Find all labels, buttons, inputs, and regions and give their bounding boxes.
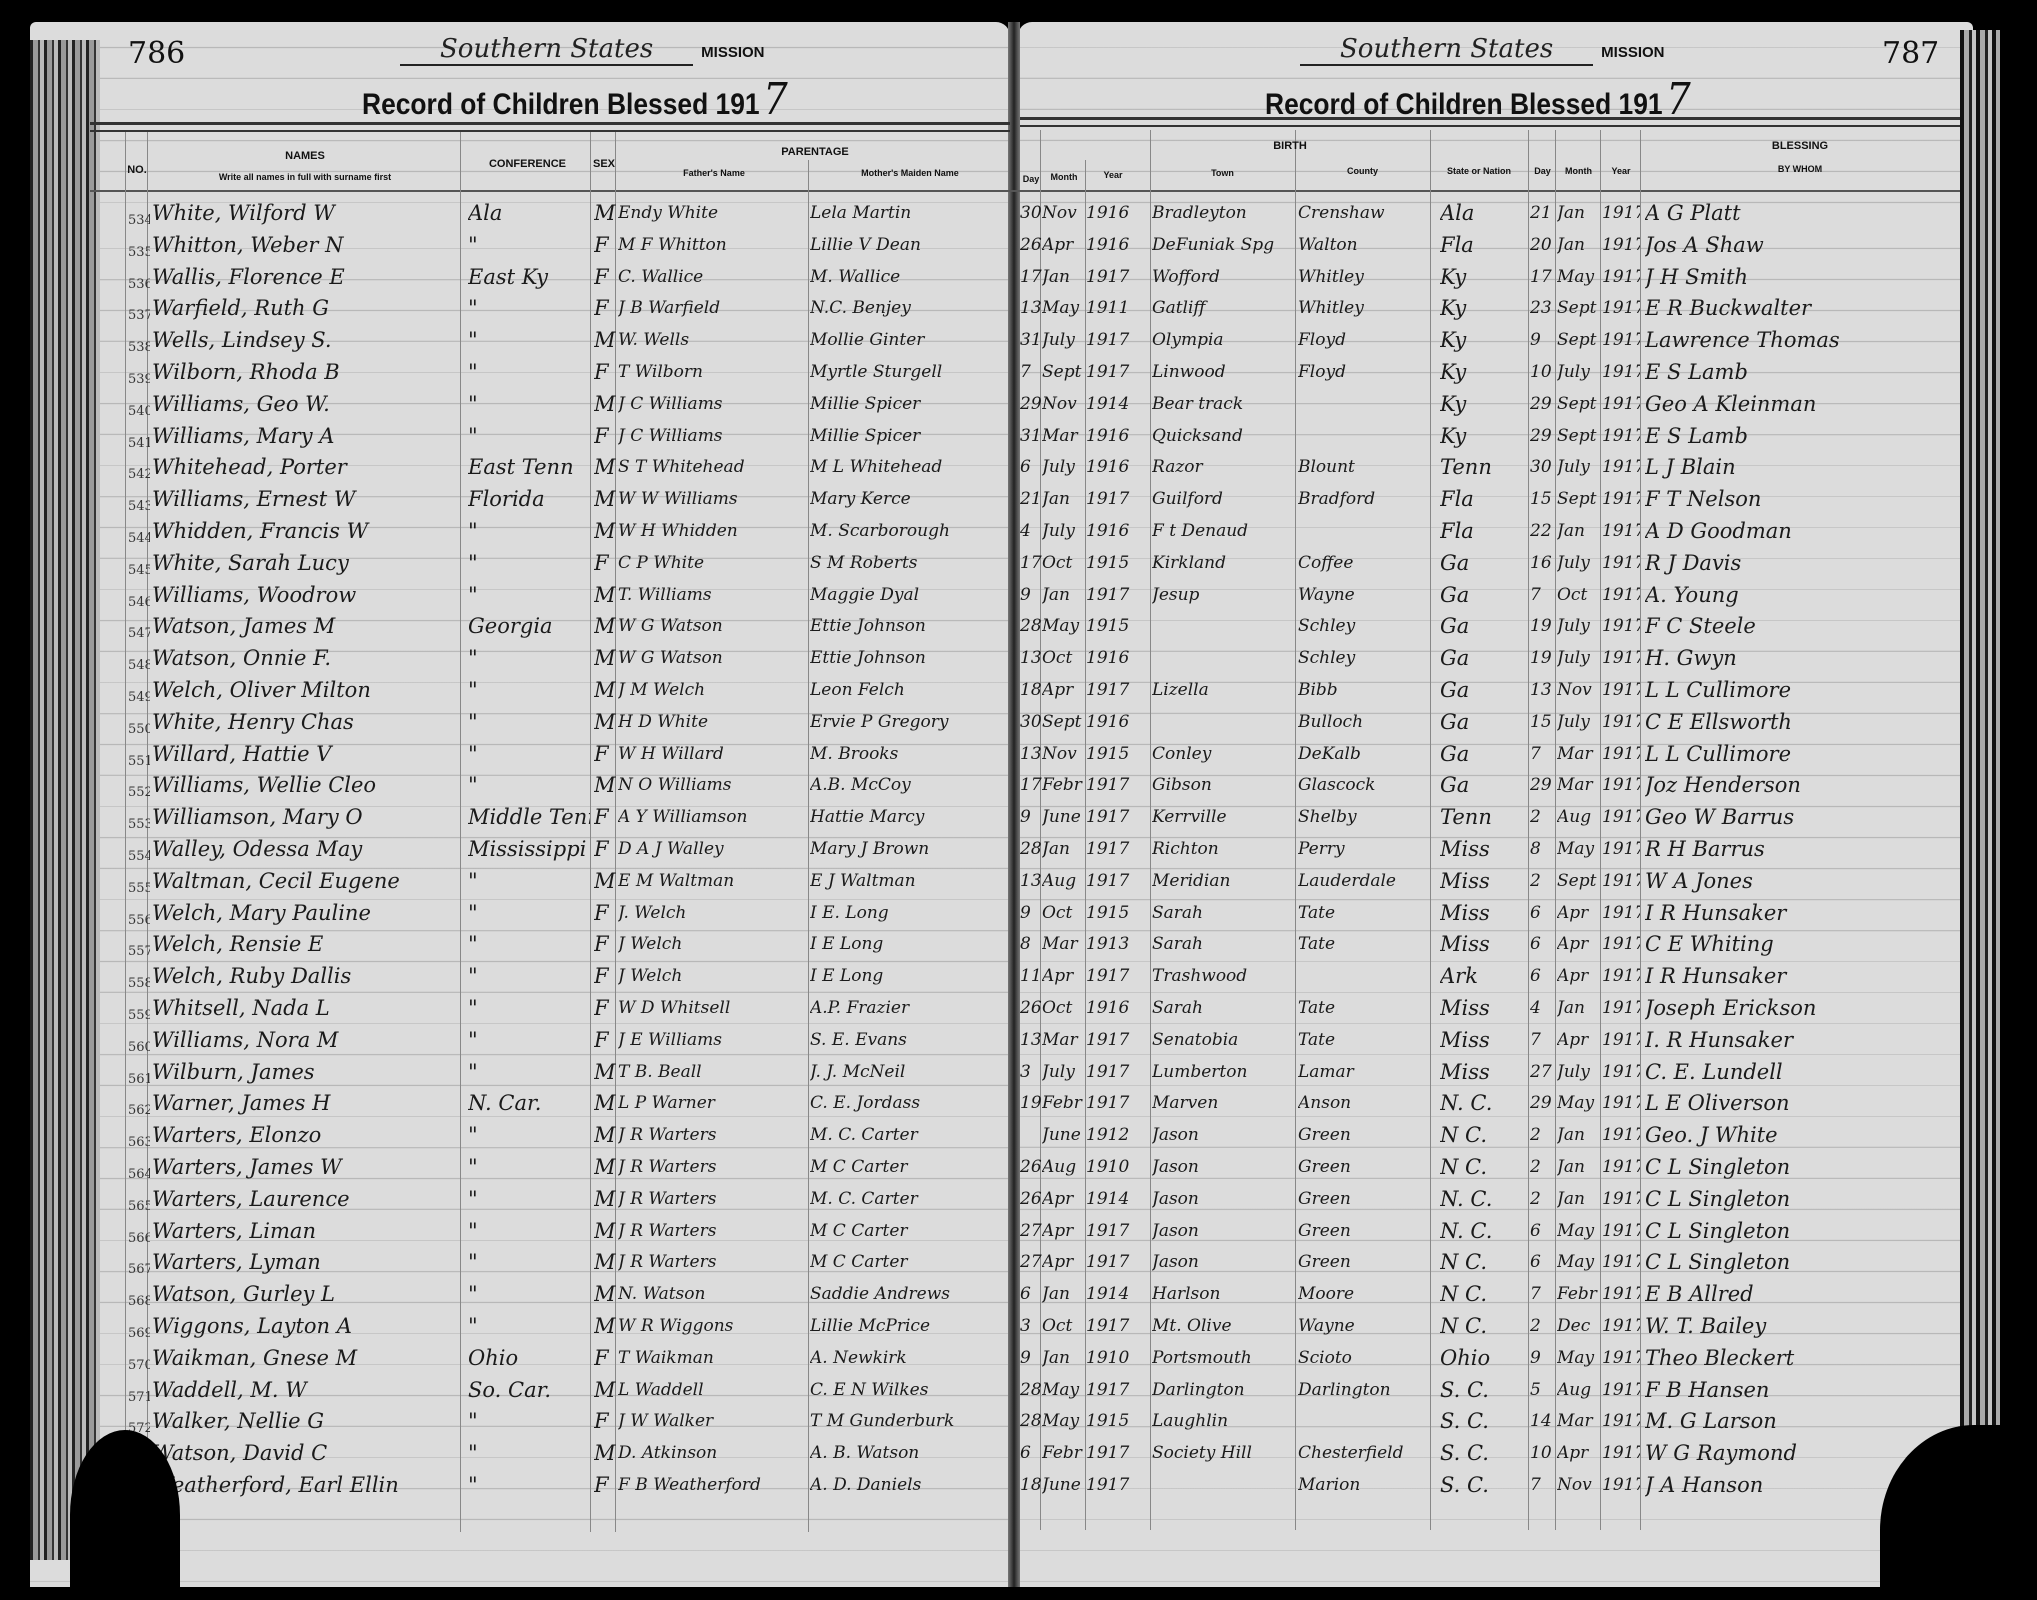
record-mother: M. C. Carter bbox=[810, 1186, 1010, 1212]
record-conference: N. Car. bbox=[468, 1090, 590, 1116]
record-county: Tate bbox=[1298, 1027, 1430, 1053]
record-bl-year: 1917 bbox=[1602, 1472, 1640, 1498]
record-bl-year: 1917 bbox=[1602, 1154, 1640, 1180]
record-sex: F bbox=[594, 900, 616, 926]
record-conference: " bbox=[468, 550, 590, 576]
record-row: 559Whitsell, Nada L"FW D WhitsellA.P. Fr… bbox=[0, 991, 1960, 1023]
col-header-birth-year: Year bbox=[1088, 170, 1138, 180]
right-page-edges bbox=[1960, 30, 2000, 1560]
record-mother: E J Waltman bbox=[810, 868, 1010, 894]
record-bl-day: 2 bbox=[1530, 804, 1555, 830]
record-name: Warters, Lyman bbox=[152, 1249, 462, 1275]
record-mother: M. Scarborough bbox=[810, 518, 1010, 544]
record-bl-day: 2 bbox=[1530, 1186, 1555, 1212]
right-mission-name: Southern States bbox=[1300, 34, 1593, 66]
record-conference: " bbox=[468, 931, 590, 957]
record-b-year: 1913 bbox=[1086, 931, 1148, 957]
record-row: 545White, Sarah Lucy"FC P WhiteS M Rober… bbox=[0, 546, 1960, 578]
record-by: W A Jones bbox=[1645, 868, 1945, 894]
record-county: Whitley bbox=[1298, 264, 1430, 290]
record-b-month: May bbox=[1042, 295, 1086, 321]
record-bl-year: 1917 bbox=[1602, 1313, 1640, 1339]
record-by: R H Barrus bbox=[1645, 836, 1945, 862]
record-b-day: 8 bbox=[1020, 931, 1042, 957]
record-sex: M bbox=[594, 1313, 616, 1339]
record-town: Jason bbox=[1152, 1154, 1295, 1180]
record-b-year: 1917 bbox=[1086, 1313, 1148, 1339]
record-name: Walley, Odessa May bbox=[152, 836, 462, 862]
record-by: E B Allred bbox=[1645, 1281, 1945, 1307]
record-b-day: 6 bbox=[1020, 1440, 1042, 1466]
record-state: Ga bbox=[1440, 709, 1528, 735]
record-b-year: 1917 bbox=[1086, 264, 1148, 290]
record-town: Guilford bbox=[1152, 486, 1295, 512]
record-county: Schley bbox=[1298, 613, 1430, 639]
record-row: 553Williamson, Mary OMiddle TennFA Y Wil… bbox=[0, 800, 1960, 832]
header-rule bbox=[1020, 117, 1960, 120]
record-b-year: 1917 bbox=[1086, 963, 1148, 989]
record-mother: A.B. McCoy bbox=[810, 772, 1010, 798]
record-bl-day: 20 bbox=[1530, 232, 1555, 258]
record-county: Schley bbox=[1298, 645, 1430, 671]
record-name: White, Sarah Lucy bbox=[152, 550, 462, 576]
record-father: D. Atkinson bbox=[618, 1440, 808, 1466]
record-bl-month: Mar bbox=[1557, 741, 1600, 767]
record-b-year: 1912 bbox=[1086, 1122, 1148, 1148]
col-header-bless-year: Year bbox=[1602, 166, 1640, 176]
record-b-day: 27 bbox=[1020, 1249, 1042, 1275]
record-b-day: 17 bbox=[1020, 772, 1042, 798]
record-county: Marion bbox=[1298, 1472, 1430, 1498]
record-bl-year: 1917 bbox=[1602, 1027, 1640, 1053]
record-b-year: 1917 bbox=[1086, 1027, 1148, 1053]
record-by: Joseph Erickson bbox=[1645, 995, 1945, 1021]
record-b-month: Jan bbox=[1042, 836, 1086, 862]
record-mother: M. Wallice bbox=[810, 264, 1010, 290]
record-name: Welch, Mary Pauline bbox=[152, 900, 462, 926]
record-b-month: June bbox=[1042, 1472, 1086, 1498]
record-name: Weatherford, Earl Ellin bbox=[152, 1472, 462, 1498]
record-state: Fla bbox=[1440, 486, 1528, 512]
record-b-year: 1916 bbox=[1086, 645, 1148, 671]
record-state: Ga bbox=[1440, 645, 1528, 671]
record-by: C E Ellsworth bbox=[1645, 709, 1945, 735]
record-father: J C Williams bbox=[618, 423, 808, 449]
record-b-month: June bbox=[1042, 804, 1086, 830]
record-state: N. C. bbox=[1440, 1090, 1528, 1116]
record-mother: N.C. Benjey bbox=[810, 295, 1010, 321]
record-conference: " bbox=[468, 359, 590, 385]
record-town: Darlington bbox=[1152, 1377, 1295, 1403]
record-sex: M bbox=[594, 709, 616, 735]
record-row: 566Warters, Liman"MJ R WartersM C Carter… bbox=[0, 1214, 1960, 1246]
record-county: Crenshaw bbox=[1298, 200, 1430, 226]
record-name: Watson, Onnie F. bbox=[152, 645, 462, 671]
record-town: Marven bbox=[1152, 1090, 1295, 1116]
record-row: 541Williams, Mary A"FJ C WilliamsMillie … bbox=[0, 419, 1960, 451]
record-state: S. C. bbox=[1440, 1472, 1528, 1498]
record-bl-day: 15 bbox=[1530, 486, 1555, 512]
record-by: C E Whiting bbox=[1645, 931, 1945, 957]
record-bl-day: 17 bbox=[1530, 264, 1555, 290]
record-b-year: 1917 bbox=[1086, 486, 1148, 512]
record-mother: C. E N Wilkes bbox=[810, 1377, 1010, 1403]
record-mother: A.P. Frazier bbox=[810, 995, 1010, 1021]
record-b-day: 29 bbox=[1020, 391, 1042, 417]
record-by: F C Steele bbox=[1645, 613, 1945, 639]
record-b-month: Apr bbox=[1042, 1186, 1086, 1212]
record-b-month: Oct bbox=[1042, 900, 1086, 926]
record-by: Jos A Shaw bbox=[1645, 232, 1945, 258]
record-father: S T Whitehead bbox=[618, 454, 808, 480]
record-father: J R Warters bbox=[618, 1186, 808, 1212]
record-father: T. Williams bbox=[618, 582, 808, 608]
record-sex: F bbox=[594, 1472, 616, 1498]
record-mother: M C Carter bbox=[810, 1154, 1010, 1180]
header-rule bbox=[90, 122, 1010, 125]
col-header-state: State or Nation bbox=[1430, 166, 1528, 176]
record-b-year: 1915 bbox=[1086, 550, 1148, 576]
record-bl-year: 1917 bbox=[1602, 995, 1640, 1021]
record-town: Gibson bbox=[1152, 772, 1295, 798]
record-by: W. T. Bailey bbox=[1645, 1313, 1945, 1339]
record-b-month: Jan bbox=[1042, 1281, 1086, 1307]
record-bl-month: July bbox=[1557, 709, 1600, 735]
record-mother: I E. Long bbox=[810, 900, 1010, 926]
record-name: Watson, David C bbox=[152, 1440, 462, 1466]
record-bl-month: Nov bbox=[1557, 677, 1600, 703]
record-sex: M bbox=[594, 1249, 616, 1275]
record-name: Williams, Nora M bbox=[152, 1027, 462, 1053]
record-b-month: July bbox=[1042, 327, 1086, 353]
record-county: Tate bbox=[1298, 931, 1430, 957]
record-sex: M bbox=[594, 1090, 616, 1116]
col-header-conference: CONFERENCE bbox=[465, 158, 590, 170]
record-row: 551Willard, Hattie V"FW H WillardM. Broo… bbox=[0, 737, 1960, 769]
record-by: A D Goodman bbox=[1645, 518, 1945, 544]
record-town: DeFuniak Spg bbox=[1152, 232, 1295, 258]
record-state: Ga bbox=[1440, 772, 1528, 798]
record-bl-day: 7 bbox=[1530, 1472, 1555, 1498]
record-mother: Lillie V Dean bbox=[810, 232, 1010, 258]
record-bl-month: Jan bbox=[1557, 1186, 1600, 1212]
record-sex: M bbox=[594, 582, 616, 608]
record-b-day: 28 bbox=[1020, 1377, 1042, 1403]
record-row: 557Welch, Rensie E"FJ WelchI E Long8Mar1… bbox=[0, 927, 1960, 959]
record-mother: Saddie Andrews bbox=[810, 1281, 1010, 1307]
record-b-year: 1917 bbox=[1086, 868, 1148, 894]
record-county: Green bbox=[1298, 1154, 1430, 1180]
record-name: Williams, Woodrow bbox=[152, 582, 462, 608]
record-b-day: 9 bbox=[1020, 1345, 1042, 1371]
record-sex: M bbox=[594, 1377, 616, 1403]
record-state: Tenn bbox=[1440, 454, 1528, 480]
record-father: W G Watson bbox=[618, 613, 808, 639]
record-b-year: 1917 bbox=[1086, 582, 1148, 608]
record-b-month: Febr bbox=[1042, 772, 1086, 798]
record-b-day: 17 bbox=[1020, 550, 1042, 576]
record-town: Society Hill bbox=[1152, 1440, 1295, 1466]
record-by: F B Hansen bbox=[1645, 1377, 1945, 1403]
record-b-year: 1917 bbox=[1086, 772, 1148, 798]
record-county: Floyd bbox=[1298, 359, 1430, 385]
left-thumb-shadow bbox=[70, 1430, 180, 1600]
record-town: Portsmouth bbox=[1152, 1345, 1295, 1371]
record-by: L E Oliverson bbox=[1645, 1090, 1945, 1116]
record-sex: M bbox=[594, 613, 616, 639]
record-name: Waltman, Cecil Eugene bbox=[152, 868, 462, 894]
record-sex: M bbox=[594, 1154, 616, 1180]
record-b-year: 1916 bbox=[1086, 454, 1148, 480]
record-mother: I E Long bbox=[810, 963, 1010, 989]
record-bl-year: 1917 bbox=[1602, 423, 1640, 449]
record-state: Ala bbox=[1440, 200, 1528, 226]
record-conference: " bbox=[468, 232, 590, 258]
record-bl-year: 1917 bbox=[1602, 232, 1640, 258]
record-name: Williams, Mary A bbox=[152, 423, 462, 449]
record-sex: F bbox=[594, 264, 616, 290]
record-bl-day: 7 bbox=[1530, 582, 1555, 608]
record-bl-year: 1917 bbox=[1602, 486, 1640, 512]
record-county: Green bbox=[1298, 1186, 1430, 1212]
record-bl-year: 1917 bbox=[1602, 1186, 1640, 1212]
record-by: Theo Bleckert bbox=[1645, 1345, 1945, 1371]
col-header-by-whom: BY WHOM bbox=[1700, 164, 1900, 174]
record-state: N C. bbox=[1440, 1154, 1528, 1180]
record-name: Whitehead, Porter bbox=[152, 454, 462, 480]
record-by: C L Singleton bbox=[1645, 1186, 1945, 1212]
record-county: Shelby bbox=[1298, 804, 1430, 830]
record-b-month: June bbox=[1042, 1122, 1086, 1148]
record-b-month: Apr bbox=[1042, 963, 1086, 989]
record-bl-day: 14 bbox=[1530, 1408, 1555, 1434]
record-father: J Welch bbox=[618, 963, 808, 989]
record-mother: A. D. Daniels bbox=[810, 1472, 1010, 1498]
record-town: Trashwood bbox=[1152, 963, 1295, 989]
record-bl-month: Jan bbox=[1557, 232, 1600, 258]
record-state: Miss bbox=[1440, 995, 1528, 1021]
record-sex: F bbox=[594, 741, 616, 767]
record-mother: M L Whitehead bbox=[810, 454, 1010, 480]
record-conference: " bbox=[468, 1122, 590, 1148]
record-county: Floyd bbox=[1298, 327, 1430, 353]
record-bl-year: 1917 bbox=[1602, 1090, 1640, 1116]
record-b-day: 26 bbox=[1020, 232, 1042, 258]
record-row: 567Warters, Lyman"MJ R WartersM C Carter… bbox=[0, 1245, 1960, 1277]
record-father: W D Whitsell bbox=[618, 995, 808, 1021]
record-father: J C Williams bbox=[618, 391, 808, 417]
record-sex: F bbox=[594, 963, 616, 989]
record-b-year: 1916 bbox=[1086, 423, 1148, 449]
record-sex: M bbox=[594, 1059, 616, 1085]
record-town: Jason bbox=[1152, 1218, 1295, 1244]
record-sex: F bbox=[594, 359, 616, 385]
record-father: T Wilborn bbox=[618, 359, 808, 385]
record-bl-day: 10 bbox=[1530, 359, 1555, 385]
record-mother: M. C. Carter bbox=[810, 1122, 1010, 1148]
record-town: Kirkland bbox=[1152, 550, 1295, 576]
record-name: Watson, James M bbox=[152, 613, 462, 639]
record-b-day: 21 bbox=[1020, 486, 1042, 512]
record-bl-month: Jan bbox=[1557, 995, 1600, 1021]
record-father: J R Warters bbox=[618, 1154, 808, 1180]
record-bl-year: 1917 bbox=[1602, 613, 1640, 639]
record-conference: " bbox=[468, 1281, 590, 1307]
record-town: Quicksand bbox=[1152, 423, 1295, 449]
record-conference: East Tenn bbox=[468, 454, 590, 480]
record-mother: M. Brooks bbox=[810, 741, 1010, 767]
record-state: Ky bbox=[1440, 391, 1528, 417]
record-row: 565Warters, Laurence"MJ R WartersM. C. C… bbox=[0, 1182, 1960, 1214]
record-county: Walton bbox=[1298, 232, 1430, 258]
record-sex: F bbox=[594, 836, 616, 862]
record-b-year: 1911 bbox=[1086, 295, 1148, 321]
record-bl-year: 1917 bbox=[1602, 1059, 1640, 1085]
record-bl-day: 13 bbox=[1530, 677, 1555, 703]
record-conference: " bbox=[468, 900, 590, 926]
record-bl-month: July bbox=[1557, 359, 1600, 385]
record-town: Razor bbox=[1152, 454, 1295, 480]
record-county: Whitley bbox=[1298, 295, 1430, 321]
record-bl-year: 1917 bbox=[1602, 1281, 1640, 1307]
col-header-county: County bbox=[1295, 166, 1430, 176]
record-b-day: 28 bbox=[1020, 1408, 1042, 1434]
record-mother: Maggie Dyal bbox=[810, 582, 1010, 608]
record-sex: M bbox=[594, 677, 616, 703]
record-conference: Middle Tenn bbox=[468, 804, 590, 830]
record-name: Wells, Lindsey S. bbox=[152, 327, 462, 353]
record-town: Lizella bbox=[1152, 677, 1295, 703]
record-b-day: 3 bbox=[1020, 1313, 1042, 1339]
record-sex: F bbox=[594, 550, 616, 576]
record-bl-day: 23 bbox=[1530, 295, 1555, 321]
record-conference: " bbox=[468, 1249, 590, 1275]
record-state: Miss bbox=[1440, 900, 1528, 926]
record-sex: F bbox=[594, 295, 616, 321]
record-conference: " bbox=[468, 963, 590, 989]
record-bl-year: 1917 bbox=[1602, 1408, 1640, 1434]
col-header-father: Father's Name bbox=[620, 168, 808, 178]
record-b-day: 28 bbox=[1020, 613, 1042, 639]
record-mother: Lillie McPrice bbox=[810, 1313, 1010, 1339]
record-by: W G Raymond bbox=[1645, 1440, 1945, 1466]
record-mother: Millie Spicer bbox=[810, 423, 1010, 449]
record-bl-month: Dec bbox=[1557, 1313, 1600, 1339]
record-by: L L Cullimore bbox=[1645, 741, 1945, 767]
record-bl-year: 1917 bbox=[1602, 1122, 1640, 1148]
record-by: J H Smith bbox=[1645, 264, 1945, 290]
record-row: 550White, Henry Chas"MH D WhiteErvie P G… bbox=[0, 705, 1960, 737]
col-header-names-sub: Write all names in full with surname fir… bbox=[150, 172, 460, 182]
record-county: Wayne bbox=[1298, 582, 1430, 608]
record-bl-month: May bbox=[1557, 836, 1600, 862]
record-mother: I E Long bbox=[810, 931, 1010, 957]
record-county: Blount bbox=[1298, 454, 1430, 480]
record-b-day: 18 bbox=[1020, 677, 1042, 703]
record-b-year: 1910 bbox=[1086, 1154, 1148, 1180]
record-b-month: Aug bbox=[1042, 1154, 1086, 1180]
record-bl-day: 29 bbox=[1530, 772, 1555, 798]
record-county: Tate bbox=[1298, 995, 1430, 1021]
record-by: E S Lamb bbox=[1645, 423, 1945, 449]
record-conference: " bbox=[468, 1218, 590, 1244]
record-state: S. C. bbox=[1440, 1377, 1528, 1403]
record-county: Chesterfield bbox=[1298, 1440, 1430, 1466]
record-bl-day: 2 bbox=[1530, 1122, 1555, 1148]
record-b-month: Oct bbox=[1042, 645, 1086, 671]
record-b-day: 30 bbox=[1020, 709, 1042, 735]
record-b-month: Sept bbox=[1042, 709, 1086, 735]
record-name: Watson, Gurley L bbox=[152, 1281, 462, 1307]
record-mother: J. J. McNeil bbox=[810, 1059, 1010, 1085]
record-name: Williamson, Mary O bbox=[152, 804, 462, 830]
record-row: 555Waltman, Cecil Eugene"ME M WaltmanE J… bbox=[0, 864, 1960, 896]
record-bl-day: 6 bbox=[1530, 1218, 1555, 1244]
record-b-year: 1917 bbox=[1086, 1249, 1148, 1275]
record-bl-day: 19 bbox=[1530, 645, 1555, 671]
record-conference: " bbox=[468, 995, 590, 1021]
record-conference: " bbox=[468, 295, 590, 321]
record-b-year: 1915 bbox=[1086, 613, 1148, 639]
record-b-day: 18 bbox=[1020, 1472, 1042, 1498]
record-father: J. Welch bbox=[618, 900, 808, 926]
record-town: Bear track bbox=[1152, 391, 1295, 417]
record-b-day: 13 bbox=[1020, 1027, 1042, 1053]
record-b-day: 11 bbox=[1020, 963, 1042, 989]
record-town: Mt. Olive bbox=[1152, 1313, 1295, 1339]
record-b-month: Sept bbox=[1042, 359, 1086, 385]
record-b-month: Nov bbox=[1042, 741, 1086, 767]
record-county: Wayne bbox=[1298, 1313, 1430, 1339]
record-mother: Millie Spicer bbox=[810, 391, 1010, 417]
right-page-number: 787 bbox=[1882, 36, 1939, 71]
record-bl-day: 6 bbox=[1530, 900, 1555, 926]
record-bl-day: 27 bbox=[1530, 1059, 1555, 1085]
record-b-day: 9 bbox=[1020, 582, 1042, 608]
record-state: Ky bbox=[1440, 264, 1528, 290]
record-bl-month: Aug bbox=[1557, 804, 1600, 830]
right-mission-line: Southern StatesMISSION bbox=[1300, 34, 1665, 64]
record-bl-day: 9 bbox=[1530, 327, 1555, 353]
record-by: Lawrence Thomas bbox=[1645, 327, 1945, 353]
record-bl-day: 2 bbox=[1530, 868, 1555, 894]
record-b-year: 1917 bbox=[1086, 327, 1148, 353]
record-conference: " bbox=[468, 1154, 590, 1180]
record-bl-month: Sept bbox=[1557, 295, 1600, 321]
col-header-birth: BIRTH bbox=[1150, 140, 1430, 152]
record-bl-day: 16 bbox=[1530, 550, 1555, 576]
record-sex: M bbox=[594, 645, 616, 671]
record-mother: Myrtle Sturgell bbox=[810, 359, 1010, 385]
record-state: S. C. bbox=[1440, 1408, 1528, 1434]
record-father: J W Walker bbox=[618, 1408, 808, 1434]
record-name: White, Wilford W bbox=[152, 200, 462, 226]
record-by: R J Davis bbox=[1645, 550, 1945, 576]
record-b-day: 13 bbox=[1020, 741, 1042, 767]
record-father: W H Whidden bbox=[618, 518, 808, 544]
record-father: H D White bbox=[618, 709, 808, 735]
record-bl-year: 1917 bbox=[1602, 391, 1640, 417]
record-sex: M bbox=[594, 454, 616, 480]
record-b-year: 1917 bbox=[1086, 1218, 1148, 1244]
record-conference: " bbox=[468, 772, 590, 798]
record-father: T Waikman bbox=[618, 1345, 808, 1371]
record-b-month: Mar bbox=[1042, 423, 1086, 449]
record-state: Ark bbox=[1440, 963, 1528, 989]
record-b-day: 6 bbox=[1020, 1281, 1042, 1307]
record-county: DeKalb bbox=[1298, 741, 1430, 767]
record-state: Fla bbox=[1440, 518, 1528, 544]
